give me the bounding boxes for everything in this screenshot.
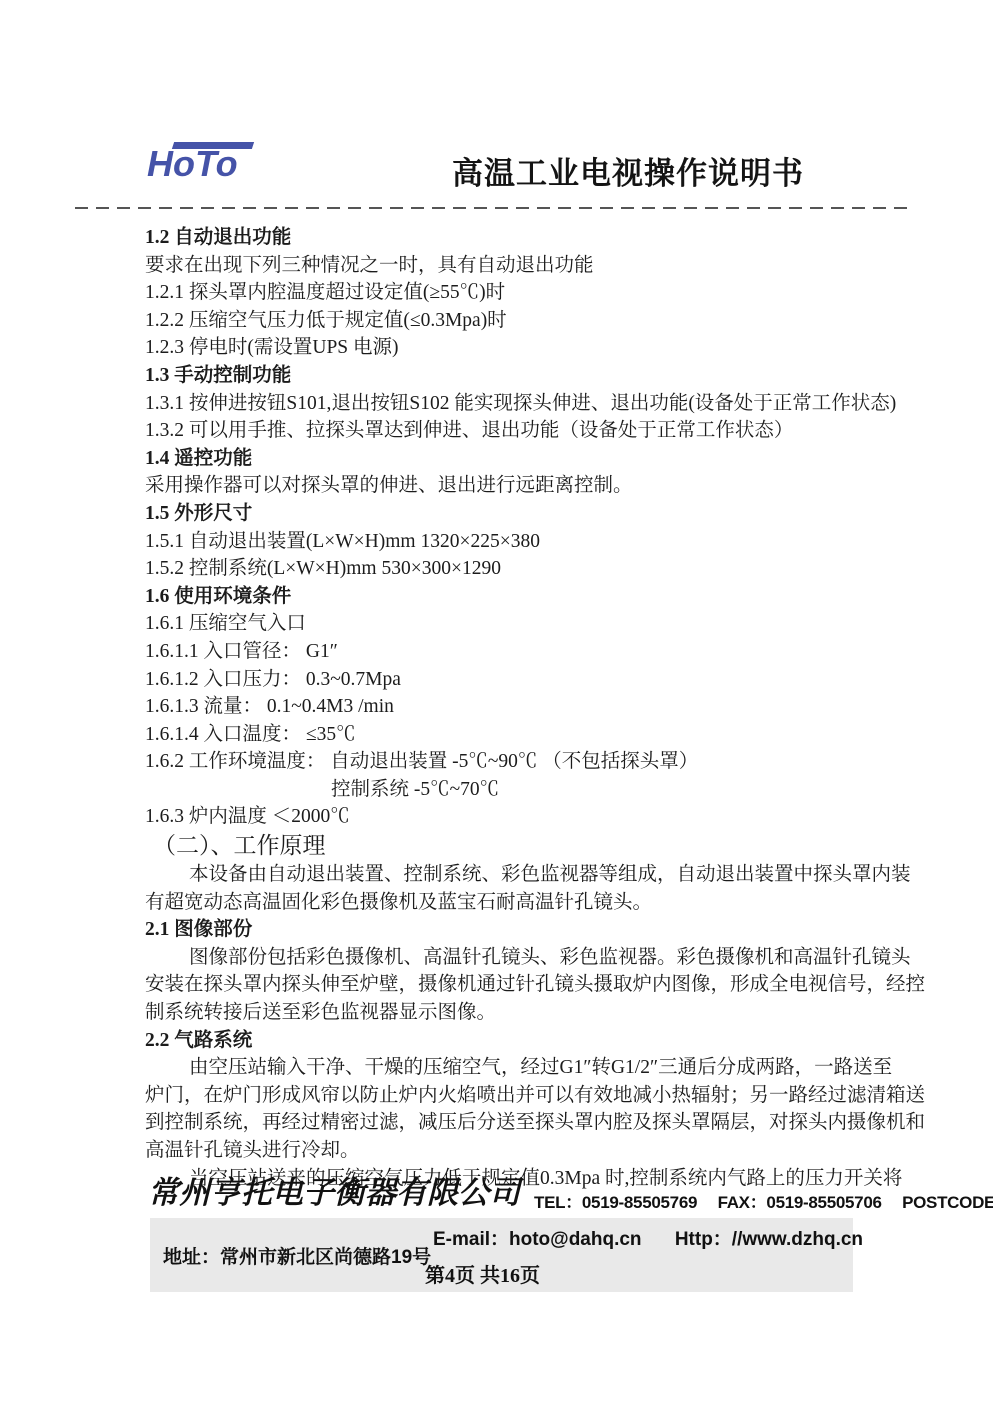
document-body: 1.2 自动退出功能要求在出现下列三种情况之一时，具有自动退出功能1.2.1 探…: [145, 224, 861, 1192]
document-line: 1.2.2 压缩空气压力低于规定值(≤0.3Mpa)时: [145, 307, 861, 335]
document-line: 有超宽动态高温固化彩色摄像机及蓝宝石耐高温针孔镜头。: [145, 889, 861, 917]
website-label: Http：//www.dzhq.cn: [675, 1229, 863, 1250]
company-name: 常州亨托电子衡器有限公司: [148, 1170, 520, 1216]
document-line: （二）、工作原理: [145, 831, 861, 861]
document-line: 1.6.1.1 入口管径： G1″: [145, 638, 861, 666]
document-line: 1.6.1.2 入口压力： 0.3~0.7Mpa: [145, 666, 861, 694]
document-line: 1.3 手动控制功能: [145, 362, 861, 390]
document-line: 到控制系统，再经过精密过滤，减压后分送至探头罩内腔及探头罩隔层，对探头内摄像机和: [145, 1109, 861, 1137]
document-page: HoTo 高温工业电视操作说明书 1.2 自动退出功能要求在出现下列三种情况之一…: [0, 0, 993, 1404]
footer-info-box: 地址：常州市新北区尚德路19号 E-mail：hoto@dahq.cn Http…: [150, 1218, 853, 1292]
document-line: 2.1 图像部份: [145, 916, 861, 944]
tel-label: TEL：0519-85505769: [534, 1193, 697, 1212]
document-line: 由空压站输入干净、干燥的压缩空气，经过G1″转G1/2″三通后分成两路，一路送至: [145, 1054, 861, 1082]
document-line: 制系统转接后送至彩色监视器显示图像。: [145, 999, 861, 1027]
document-line: 1.5 外形尺寸: [145, 500, 861, 528]
document-line: 1.6.1.3 流量： 0.1~0.4M3 /min: [145, 693, 861, 721]
document-line: 图像部份包括彩色摄像机、高温针孔镜头、彩色监视器。彩色摄像机和高温针孔镜头: [145, 944, 861, 972]
document-line: 高温针孔镜头进行冷却。: [145, 1137, 861, 1165]
document-line: 1.2.1 探头罩内腔温度超过设定值(≥55℃)时: [145, 279, 861, 307]
document-line: 1.2 自动退出功能: [145, 224, 861, 252]
document-line: 1.6.2 工作环境温度： 自动退出装置 -5℃~90℃ （不包括探头罩）: [145, 748, 861, 776]
document-line: 1.5.2 控制系统(L×W×H)mm 530×300×1290: [145, 555, 861, 583]
document-line: 安装在探头罩内探头伸至炉壁，摄像机通过针孔镜头摄取炉内图像，形成全电视信号，经控: [145, 971, 861, 999]
document-line: 采用操作器可以对探头罩的伸进、退出进行远距离控制。: [145, 472, 861, 500]
header-divider: [75, 207, 908, 209]
email-label: E-mail：hoto@dahq.cn: [433, 1229, 642, 1250]
document-line: 1.4 遥控功能: [145, 445, 861, 473]
fax-label: FAX：0519-85505706: [718, 1193, 882, 1212]
document-line: 1.5.1 自动退出装置(L×W×H)mm 1320×225×380: [145, 528, 861, 556]
document-line: 1.2.3 停电时(需设置UPS 电源): [145, 334, 861, 362]
document-line: 炉门，在炉门形成风帘以防止炉内火焰喷出并可以有效地减小热辐射；另一路经过滤清箱送: [145, 1082, 861, 1110]
footer-contact-row: E-mail：hoto@dahq.cn Http：//www.dzhq.cn: [433, 1224, 863, 1251]
page-title: 高温工业电视操作说明书: [452, 148, 804, 193]
document-line: 本设备由自动退出装置、控制系统、彩色监视器等组成，自动退出装置中探头罩内装: [145, 861, 861, 889]
document-line: 1.3.1 按伸进按钮S101,退出按钮S102 能实现探头伸进、退出功能(设备…: [145, 390, 861, 418]
document-line: 要求在出现下列三种情况之一时，具有自动退出功能: [145, 252, 861, 280]
hoto-logo: HoTo: [147, 136, 259, 190]
document-line: 控制系统 -5℃~70℃: [145, 776, 861, 804]
document-line: 1.3.2 可以用手推、拉探头罩达到伸进、退出功能（设备处于正常工作状态）: [145, 417, 861, 445]
document-line: 1.6.1 压缩空气入口: [145, 610, 861, 638]
document-line: 2.2 气路系统: [145, 1027, 861, 1055]
document-line: 1.6.1.4 入口温度： ≤35℃: [145, 721, 861, 749]
document-line: 1.6.3 炉内温度 ＜2000℃: [145, 803, 861, 831]
logo-wordmark: HoTo: [147, 142, 238, 186]
company-address: 地址：常州市新北区尚德路19号: [163, 1242, 431, 1269]
page-number: 第4页 共16页: [425, 1259, 540, 1288]
company-contacts: TEL：0519-85505769 FAX：0519-85505706 POST…: [534, 1190, 993, 1216]
document-line: 1.6 使用环境条件: [145, 583, 861, 611]
footer-company-row: 常州亨托电子衡器有限公司 TEL：0519-85505769 FAX：0519-…: [148, 1168, 868, 1216]
postcode-label: POSTCODE:213125: [902, 1193, 993, 1212]
